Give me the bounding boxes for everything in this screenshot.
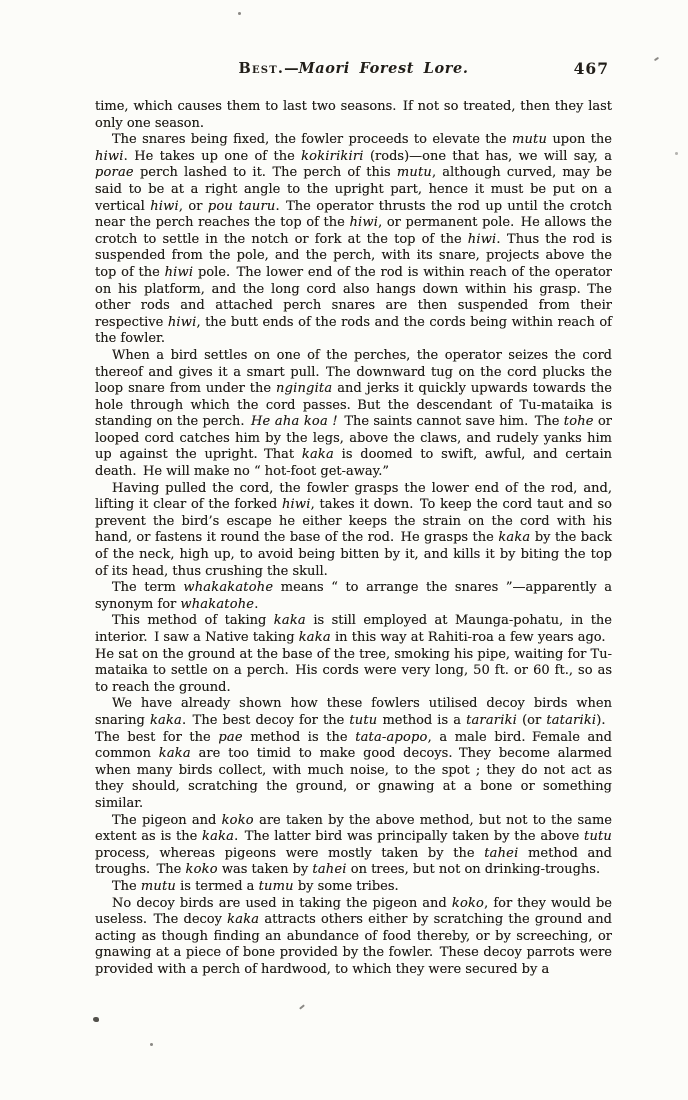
paragraph: No decoy birds are used in taking the pi… (95, 896, 612, 979)
header-work-title: Maori Forest Lore. (299, 60, 469, 77)
paragraph: The mutu is termed a tumu by some tribes… (95, 879, 612, 896)
running-head-title: Best.—Maori Forest Lore. (95, 60, 612, 77)
header-author: Best. (239, 60, 285, 77)
book-page: Best.—Maori Forest Lore. 467 time, which… (0, 0, 688, 1100)
ink-speck (238, 12, 241, 15)
ink-speck (654, 57, 659, 62)
text-block: time, which causes them to last two seas… (95, 99, 612, 978)
page-number: 467 (574, 59, 609, 78)
ink-speck (93, 1017, 99, 1022)
paragraph: This method of taking kaka is still empl… (95, 613, 612, 696)
paragraph: Having pulled the cord, the fowler grasp… (95, 481, 612, 581)
paragraph: time, which causes them to last two seas… (95, 99, 612, 132)
paragraph: The pigeon and koko are taken by the abo… (95, 813, 612, 879)
paragraph: The snares being fixed, the fowler proce… (95, 132, 612, 348)
ink-speck (150, 1043, 153, 1046)
paragraph: The term whakakatohe means “ to arrange … (95, 580, 612, 613)
running-head: Best.—Maori Forest Lore. 467 (95, 60, 612, 82)
ink-speck (675, 152, 678, 155)
paragraph: We have already shown how these fowlers … (95, 696, 612, 812)
ink-speck (299, 1004, 305, 1009)
paragraph: When a bird settles on one of the perche… (95, 348, 612, 481)
header-separator: — (284, 60, 299, 77)
